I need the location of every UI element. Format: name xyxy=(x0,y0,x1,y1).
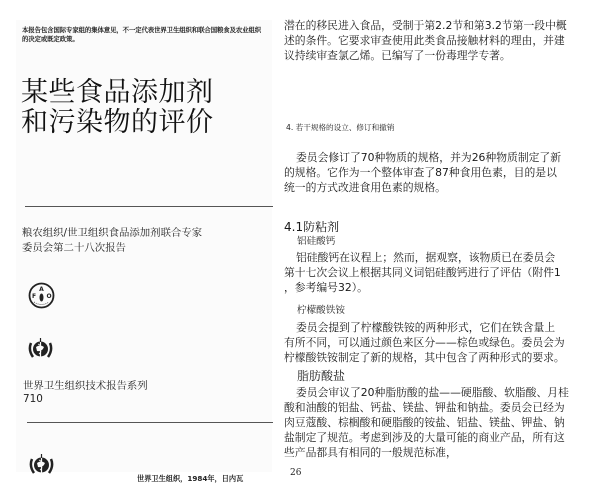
disclaimer-text: 本报告包含国际专家组的集体意见，不一定代表世界卫生组织和联合国粮食及农业组织的决… xyxy=(22,26,262,44)
report-subtitle-line-1: 粮农组织/世卫组织食品添加剂联合专家 xyxy=(22,226,202,241)
subsection-paragraph-ferric-ammonium-citrate: 委员会提到了柠檬酸铁铵的两种形式，它们在铁含量上 有所不同，可以通过颜色来区分—… xyxy=(284,320,584,365)
section-4-heading: 4. 若干规格的设立、修订和撤销 xyxy=(286,120,586,135)
text-line: 铝硅酸钙在议程上；然而，据观察，该物质已在委员会 xyxy=(284,250,584,265)
svg-text:F: F xyxy=(32,293,36,300)
text-line: 议持续审查氯乙烯。已编写了一份毒理学专著。 xyxy=(284,48,584,63)
text-line: 的规格。它作为一个整体审查了87种食用色素，目的是以 xyxy=(284,165,584,180)
title-line-1: 某些食品添加剂 xyxy=(21,78,214,108)
svg-text:O: O xyxy=(46,293,51,300)
subsection-title-calcium-aluminium-silicate: 铝硅酸钙 xyxy=(297,234,597,249)
report-subtitle-line-2: 委员会第二十八次报告 xyxy=(22,241,202,256)
intro-paragraph: 潜在的移民进入食品，受制于第2.2节和第3.2节第一段中概 述的条件。它要求审查… xyxy=(284,18,584,63)
section-4-paragraph: 委员会修订了70种物质的规格，并为26种物质制定了新 的规格。它作为一个整体审查… xyxy=(284,150,584,195)
who-logo-icon xyxy=(27,335,54,362)
text-line: 潜在的移民进入食品，受制于第2.2节和第3.2节第一段中概 xyxy=(284,18,584,33)
text-line: 肉豆蔻酸、棕榈酸和硬脂酸的铵盐、铝盐、镁盐、钾盐、钠 xyxy=(284,415,584,430)
content-page: 潜在的移民进入食品，受制于第2.2节和第3.2节第一段中概 述的条件。它要求审查… xyxy=(280,14,600,494)
subsection-title-fatty-acid-salts: 脂肪酸盐 xyxy=(297,369,597,384)
divider-bottom xyxy=(27,422,273,423)
text-line: 盐制定了规范。考虑到涉及的大量可能的商业产品，所有这 xyxy=(284,430,584,445)
fao-logo-icon: A F O xyxy=(28,282,55,309)
text-line: 有所不同，可以通过颜色来区分——棕色或绿色。委员会为 xyxy=(284,335,584,350)
section-4-1-heading: 4.1防粘剂 xyxy=(284,220,584,235)
page-number: 26 xyxy=(290,468,301,478)
text-line: 述的条件。它要求审查使用此类食品接触材料的理由，并建 xyxy=(284,33,584,48)
series-title: 世界卫生组织技术报告系列 xyxy=(23,380,148,393)
series-info: 世界卫生组织技术报告系列 710 xyxy=(23,380,148,406)
text-line: 委员会审议了20种脂肪酸的盐——硬脂酸、软脂酸、月桂 xyxy=(284,385,584,400)
svg-text:A: A xyxy=(39,286,44,293)
publisher-line: 世界卫生组织，1984年，日内瓦 xyxy=(137,474,243,484)
subsection-title-ferric-ammonium-citrate: 柠檬酸铁铵 xyxy=(297,303,597,318)
text-line: 酸和油酸的铝盐、钙盐、镁盐、钾盐和钠盐。委员会已经为 xyxy=(284,400,584,415)
text-line: 委员会修订了70种物质的规格，并为26种物质制定了新 xyxy=(284,150,584,165)
text-line: 统一的方式改进食用色素的规格。 xyxy=(284,180,584,195)
report-subtitle: 粮农组织/世卫组织食品添加剂联合专家 委员会第二十八次报告 xyxy=(22,226,202,256)
subsection-paragraph-fatty-acid-salts: 委员会审议了20种脂肪酸的盐——硬脂酸、软脂酸、月桂 酸和油酸的铝盐、钙盐、镁盐… xyxy=(284,385,584,460)
title-line-2: 和污染物的评价 xyxy=(21,108,214,138)
divider-top xyxy=(25,206,273,207)
text-line: 些产品都具有相同的一般规范标准， xyxy=(284,445,584,460)
who-logo-icon xyxy=(28,451,55,478)
text-line: 委员会提到了柠檬酸铁铵的两种形式，它们在铁含量上 xyxy=(284,320,584,335)
text-line: ，参考编号32）。 xyxy=(284,280,584,295)
text-line: 第十七次会议上根据其同义词铝硅酸钙进行了评估（附件1 xyxy=(284,265,584,280)
series-number: 710 xyxy=(23,393,148,406)
subsection-paragraph-calcium-aluminium-silicate: 铝硅酸钙在议程上；然而，据观察，该物质已在委员会 第十七次会议上根据其同义词铝硅… xyxy=(284,250,584,295)
report-title: 某些食品添加剂 和污染物的评价 xyxy=(21,78,214,138)
text-line: 柠檬酸铁铵制定了新的规格，其中包含了两种形式的要求。 xyxy=(284,350,584,365)
cover-page: 本报告包含国际专家组的集体意见，不一定代表世界卫生组织和联合国粮食及农业组织的决… xyxy=(16,20,272,472)
